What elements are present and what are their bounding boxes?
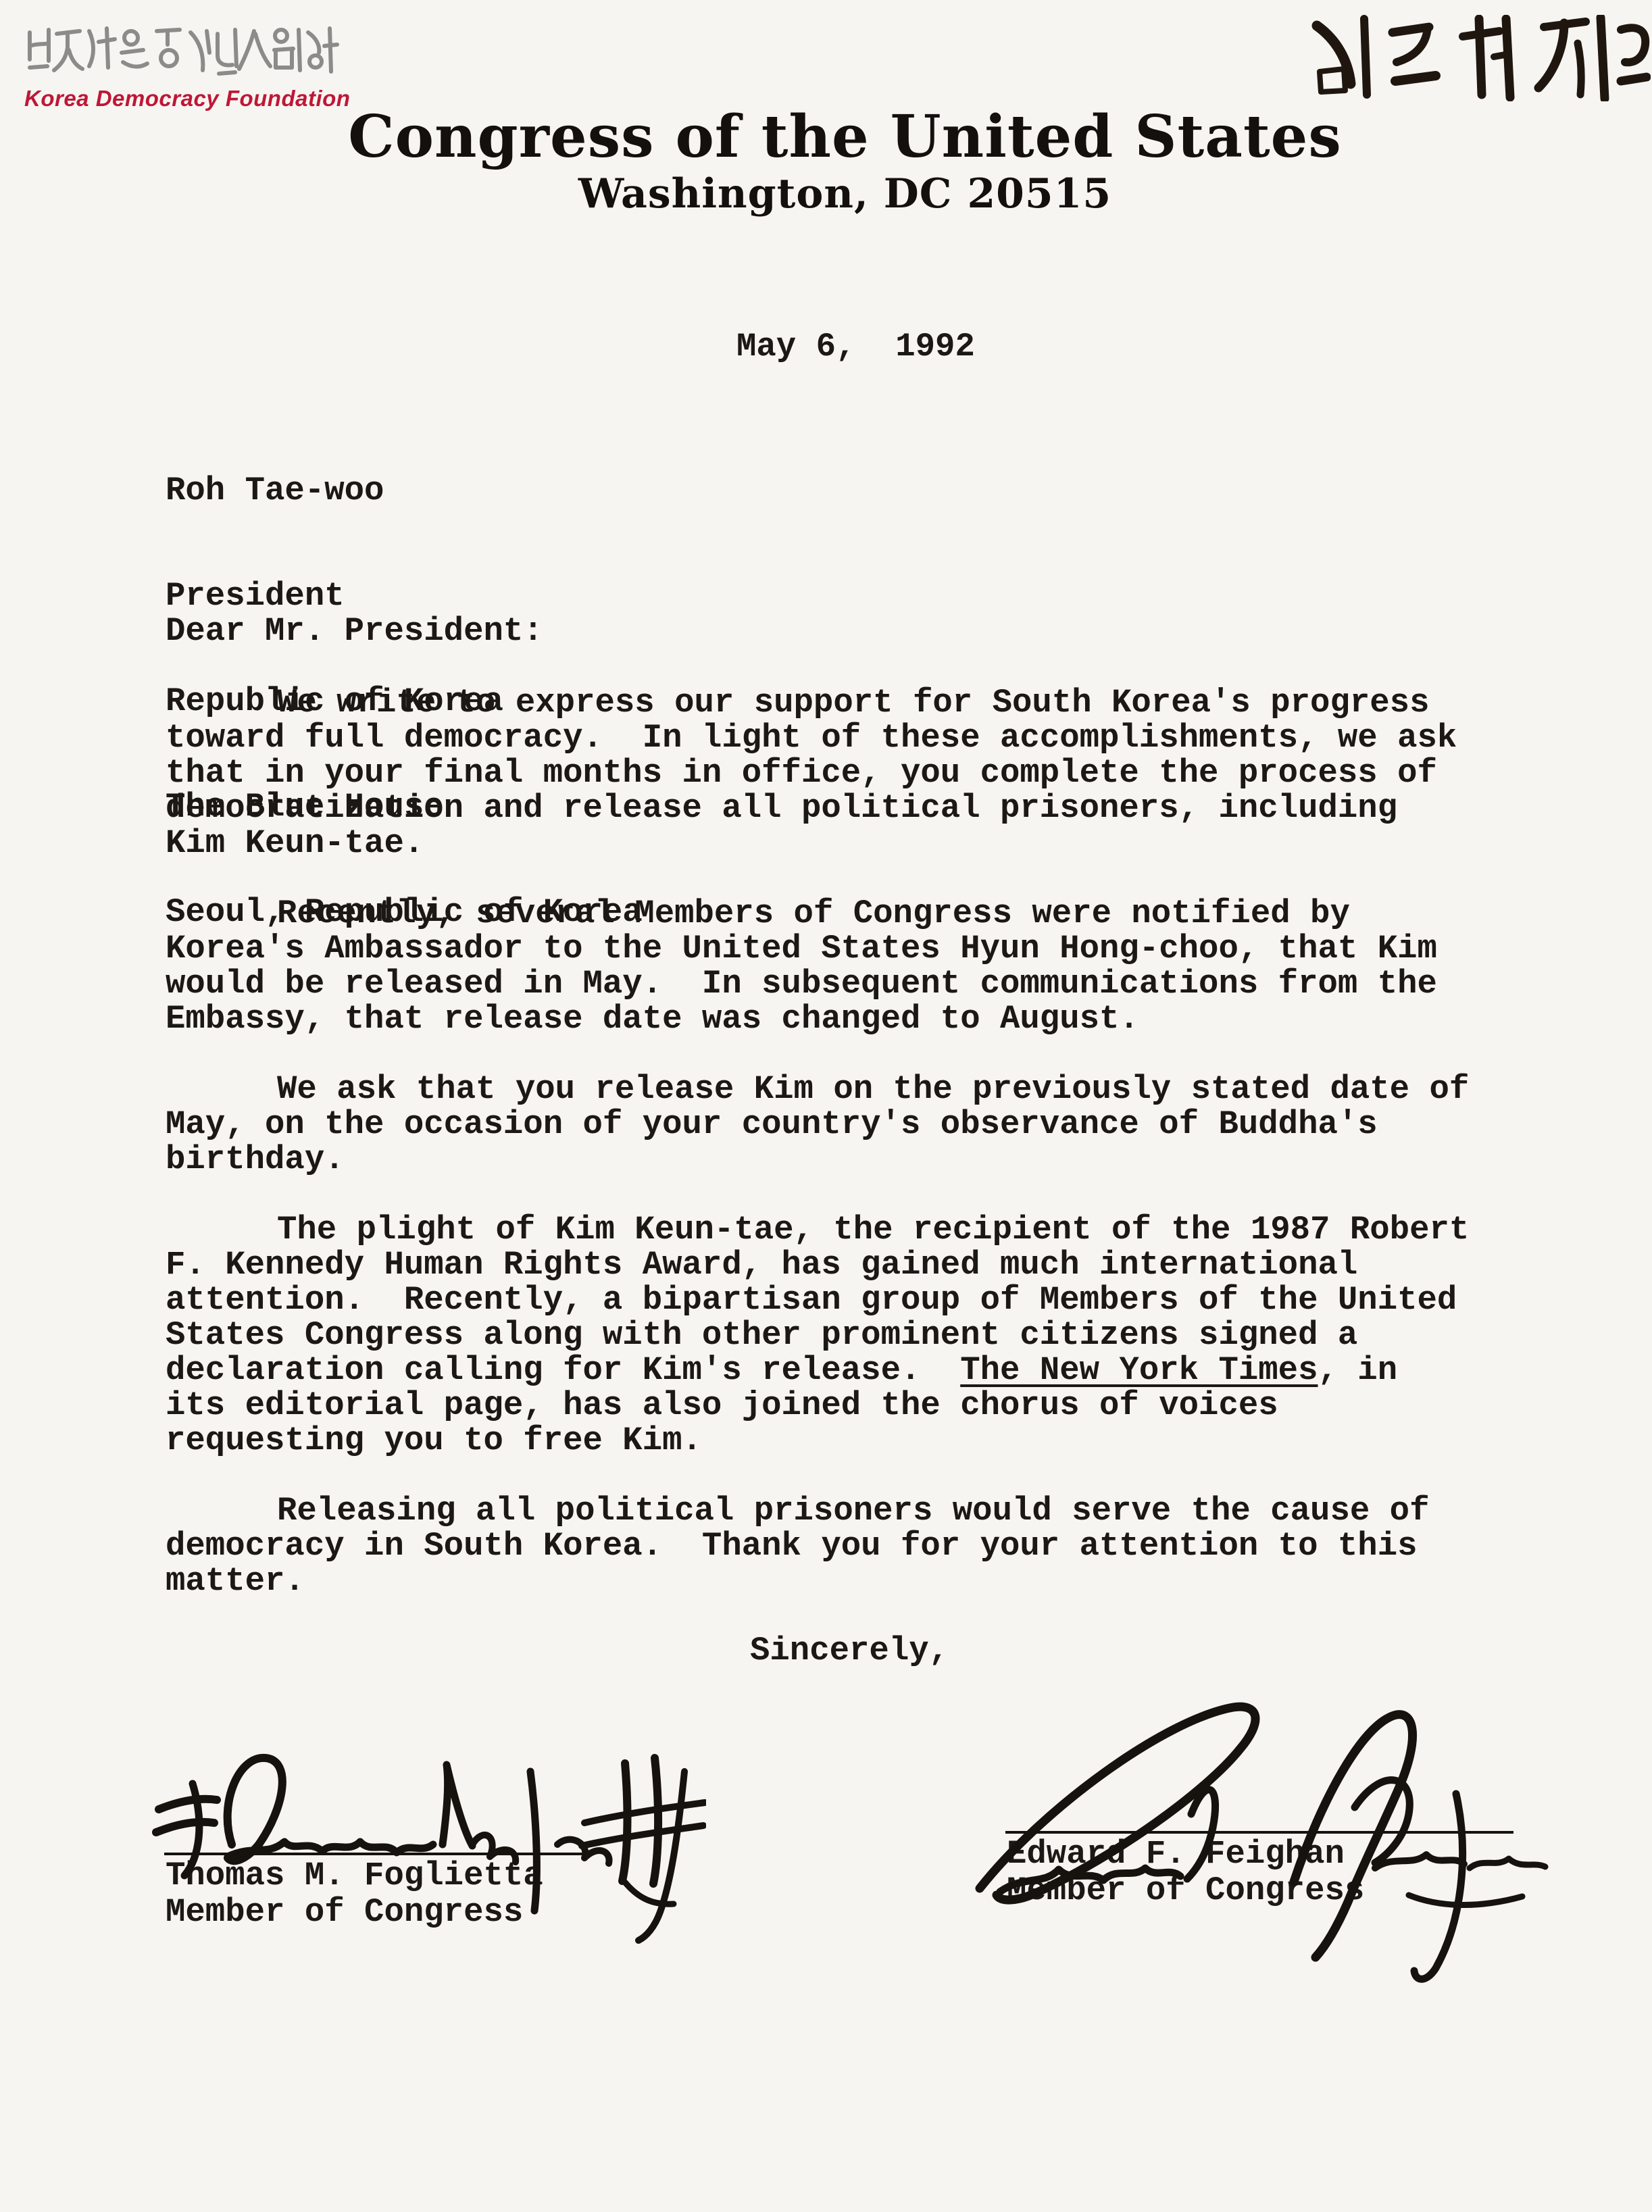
body-line: Korea's Ambassador to the United States … (166, 931, 1437, 966)
body-line: States Congress along with other promine… (166, 1317, 1469, 1353)
closing: Sincerely, (750, 1633, 949, 1668)
paragraph-1: We write to express our support for Sout… (166, 685, 1457, 861)
new-york-times-underlined: The New York Times (960, 1351, 1318, 1389)
signatory-name: Thomas M. Foglietta (166, 1858, 543, 1893)
signature-line (164, 1853, 586, 1855)
body-line: requesting you to free Kim. (166, 1423, 1469, 1458)
letterhead: Congress of the United States Washington… (38, 106, 1652, 216)
body-line: toward full democracy. In light of these… (166, 720, 1457, 755)
letter-page: Korea Democracy Foundation (0, 0, 1652, 2212)
paragraph-4: The plight of Kim Keun-tae, the recipien… (166, 1212, 1469, 1458)
body-line: birthday. (166, 1142, 1469, 1177)
letter-date: May 6, 1992 (736, 329, 975, 364)
body-line: We ask that you release Kim on the previ… (166, 1072, 1469, 1107)
kdf-hangul-calligraphy-icon (24, 26, 342, 78)
body-text: , in (1318, 1351, 1398, 1389)
body-line: matter. (166, 1563, 1429, 1599)
body-line: Embassy, that release date was changed t… (166, 1001, 1437, 1036)
recipient-line: Roh Tae-woo (166, 473, 643, 508)
body-line: May, on the occasion of your country's o… (166, 1107, 1469, 1142)
body-line: its editorial page, has also joined the … (166, 1388, 1469, 1423)
letterhead-address: Washington, DC 20515 (38, 172, 1652, 216)
body-line: attention. Recently, a bipartisan group … (166, 1282, 1469, 1317)
kkt-hangul-calligraphy-icon (1306, 15, 1651, 101)
body-line: Kim Keun-tae. (166, 826, 1457, 861)
korea-democracy-foundation-logo: Korea Democracy Foundation (24, 26, 349, 111)
body-line: democracy in South Korea. Thank you for … (166, 1528, 1429, 1563)
signatory-title: Member of Congress (166, 1894, 523, 1930)
body-line: Recently, several Members of Congress we… (166, 896, 1437, 931)
body-line: We write to express our support for Sout… (166, 685, 1457, 720)
body-line: would be released in May. In subsequent … (166, 966, 1437, 1001)
body-line: declaration calling for Kim's release. T… (166, 1353, 1469, 1388)
body-line: The plight of Kim Keun-tae, the recipien… (166, 1212, 1469, 1247)
letterhead-title: Congress of the United States (38, 106, 1652, 168)
signature-line (1005, 1831, 1513, 1834)
body-line: democratization and release all politica… (166, 790, 1457, 826)
body-line: that in your final months in office, you… (166, 755, 1457, 790)
paragraph-2: Recently, several Members of Congress we… (166, 896, 1437, 1036)
kim-keun-tae-foundation-calligraphy (1306, 15, 1651, 101)
body-line: F. Kennedy Human Rights Award, has gaine… (166, 1247, 1469, 1282)
signatory-name: Edward F. Feighan (1007, 1836, 1345, 1871)
recipient-line: President (166, 578, 643, 613)
body-text: declaration calling for Kim's release. (166, 1351, 960, 1389)
salutation: Dear Mr. President: (166, 613, 543, 649)
signatory-title: Member of Congress (1007, 1873, 1364, 1908)
paragraph-5: Releasing all political prisoners would … (166, 1493, 1429, 1599)
paragraph-3: We ask that you release Kim on the previ… (166, 1072, 1469, 1177)
body-line: Releasing all political prisoners would … (166, 1493, 1429, 1528)
